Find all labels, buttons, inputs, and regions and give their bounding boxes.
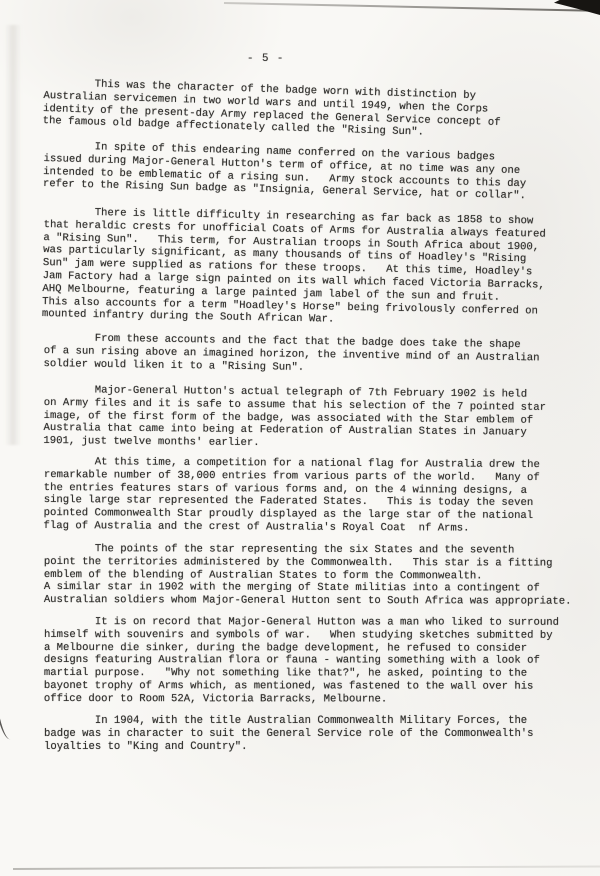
scanned-document-page: - 5 - This was the character of the badg… bbox=[0, 0, 600, 876]
paragraph-1: This was the character of the badge worn… bbox=[42, 77, 595, 145]
paragraph-8: It is on record that Major-General Hutto… bbox=[44, 616, 596, 706]
page-bottom-edge bbox=[13, 865, 600, 869]
paragraph-3: There is little difficulty in researchin… bbox=[42, 206, 596, 332]
paragraph-7: The points of the star representing the … bbox=[44, 543, 596, 609]
page-top-edge bbox=[224, 2, 600, 12]
paragraph-5: Major-General Hutton's actual telegraph … bbox=[43, 384, 596, 453]
page-curl-mark bbox=[0, 697, 12, 740]
paragraph-2: In spite of this endearing name conferre… bbox=[43, 140, 596, 205]
scan-shadow-streak bbox=[5, 25, 21, 445]
paragraph-4: From these accounts and the fact that th… bbox=[43, 332, 596, 379]
paragraph-9: In 1904, with the title Australian Commo… bbox=[44, 715, 596, 753]
page-number: - 5 - bbox=[247, 53, 284, 66]
page-corner-shadow bbox=[554, 0, 600, 15]
paragraph-6: At this time, a competition for a nation… bbox=[44, 456, 596, 536]
